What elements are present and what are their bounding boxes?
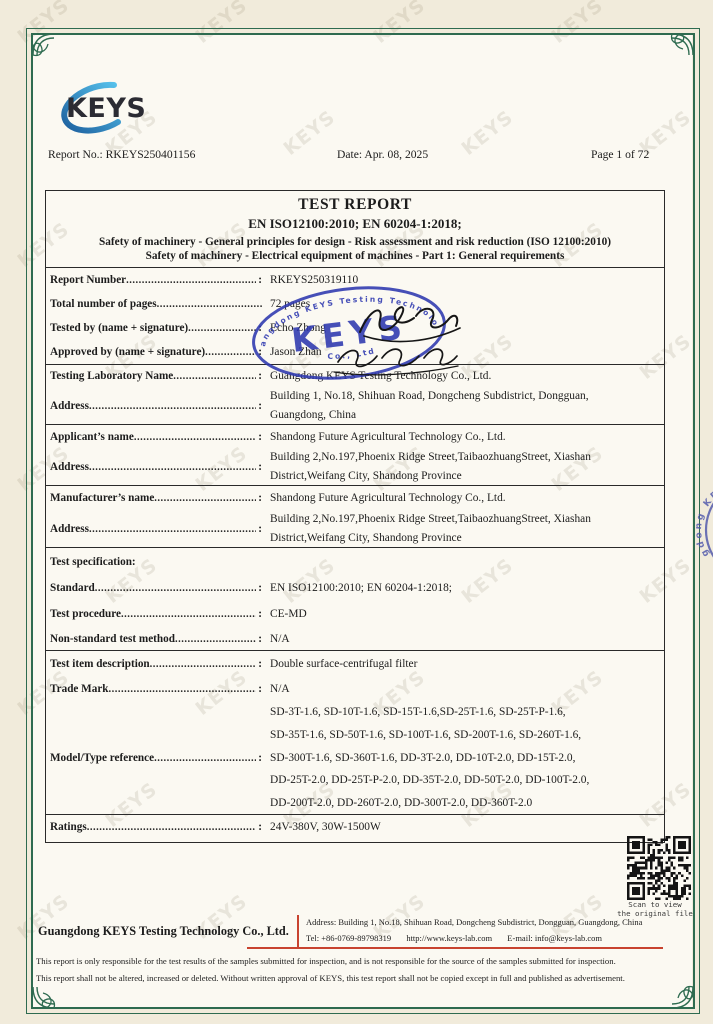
row-value-line: SD-35T-1.6, SD-50T-1.6, SD-100T-1.6, SD-… [270, 724, 660, 747]
row-label-cell: Test specification: [50, 556, 262, 568]
row-applicant-address: Address:Building 2,No.197,Phoenix Ridge … [50, 448, 660, 485]
row-test-procedure: Test procedure:CE-MD [50, 601, 660, 626]
row-label-cell: Manufacturer’s name: [50, 492, 262, 504]
leader-dots [154, 493, 256, 504]
footer-red-line [247, 947, 663, 949]
row-value-line: Building 2,No.197,Phoenix Ridge Street,T… [270, 448, 660, 467]
standards-line: EN ISO12100:2010; EN 60204-1:2018; [50, 216, 660, 232]
row-label: Report Number [50, 274, 126, 286]
footer-contacts: Tel: +86-0769-89798319 http://www.keys-l… [306, 931, 642, 947]
row-label: Total number of pages [50, 298, 157, 310]
leader-dots [109, 684, 257, 695]
row-label: Address [50, 461, 89, 473]
leader-dots [154, 753, 256, 764]
edge-stamp: gdong KE [648, 468, 713, 592]
row-label: Ratings [50, 821, 87, 833]
table-section: Applicant’s name:Shandong Future Agricul… [46, 424, 664, 485]
row-label-cell: Test item description: [50, 658, 262, 670]
row-label-cell: Testing Laboratory Name: [50, 370, 262, 382]
footer-address: Address: Building 1, No.18, Shihuan Road… [306, 915, 642, 931]
leader-dots [126, 275, 256, 286]
row-value: SD-3T-1.6, SD-10T-1.6, SD-15T-1.6,SD-25T… [262, 701, 660, 814]
leader-dots [89, 524, 256, 535]
keys-logo: KEYS [42, 76, 182, 136]
row-value-text: 24V-380V, 30W-1500W [270, 821, 381, 833]
row-label: Test procedure [50, 608, 121, 620]
row-label: Standard [50, 582, 95, 594]
row-manufacturer-address: Address:Building 2,No.197,Phoenix Ridge … [50, 510, 660, 547]
row-value-text: EN ISO12100:2010; EN 60204-1:2018; [270, 582, 452, 594]
footer-address-block: Address: Building 1, No.18, Shihuan Road… [306, 915, 642, 946]
document-content: KEYS Report No.: RKEYS250401156 Date: Ap… [0, 0, 713, 1024]
row-label-cell: Standard: [50, 582, 262, 594]
title-section: TEST REPORT EN ISO12100:2010; EN 60204-1… [46, 191, 664, 267]
row-non-standard-method: Non-standard test method:N/A [50, 626, 660, 650]
row-value-line: Building 1, No.18, Shihuan Road, Dongche… [270, 387, 660, 406]
row-label: Address [50, 523, 89, 535]
row-label-cell: Test procedure: [50, 608, 262, 620]
row-label: Approved by (name + signature) [50, 346, 205, 358]
test-report-page: KEYSKEYSKEYSKEYSKEYSKEYSKEYSKEYSKEYSKEYS… [0, 0, 713, 1024]
row-label-cell: Trade Mark: [50, 683, 262, 695]
row-label: Manufacturer’s name [50, 492, 154, 504]
footer-divider [297, 915, 299, 948]
row-value: CE-MD [262, 608, 660, 620]
scope-line-1: Safety of machinery - General principles… [50, 236, 660, 248]
row-value: Building 1, No.18, Shihuan Road, Dongche… [262, 387, 660, 424]
report-date: Date: Apr. 08, 2025 [337, 148, 428, 161]
row-value-line: DD-200T-2.0, DD-260T-2.0, DD-300T-2.0, D… [270, 792, 660, 814]
table-section: Test item description:Double surface-cen… [46, 650, 664, 814]
leader-dots [150, 659, 257, 670]
corner-ornament-icon [669, 984, 696, 1011]
row-label-cell: Ratings: [50, 821, 262, 833]
qr-caption: Scan to view the original file [598, 901, 712, 918]
row-value-text: Double surface-centrifugal filter [270, 658, 417, 670]
leader-dots [134, 432, 256, 443]
row-label: Non-standard test method [50, 633, 175, 645]
row-applicant-name: Applicant’s name:Shandong Future Agricul… [50, 425, 660, 448]
row-label-cell: Address: [50, 523, 262, 535]
row-label: Trade Mark [50, 683, 109, 695]
row-value-line: District,Weifang City, Shandong Province [270, 529, 660, 547]
disclaimer-line-2: This report shall not be altered, increa… [36, 970, 686, 987]
footer-email: E-mail: info@keys-lab.com [507, 931, 602, 947]
row-label: Applicant’s name [50, 431, 134, 443]
row-value: 24V-380V, 30W-1500W [262, 821, 660, 833]
qr-caption-line-2: the original file [598, 910, 712, 919]
row-value: Shandong Future Agricultural Technology … [262, 431, 660, 443]
leader-dots [89, 462, 256, 473]
report-title: TEST REPORT [50, 196, 660, 214]
footer-company-name: Guangdong KEYS Testing Technology Co., L… [38, 924, 289, 939]
row-manufacturer-name: Manufacturer’s name:Shandong Future Agri… [50, 486, 660, 510]
signatures [300, 292, 475, 380]
row-label-cell: Model/Type reference: [50, 752, 262, 764]
row-value-text: CE-MD [270, 608, 307, 620]
row-value-line: District,Weifang City, Shandong Province [270, 467, 660, 485]
row-test-item-description: Test item description:Double surface-cen… [50, 651, 660, 676]
row-label-cell: Report Number: [50, 274, 262, 286]
row-label-cell: Address: [50, 461, 262, 473]
row-value: N/A [262, 633, 660, 645]
row-value-text: Shandong Future Agricultural Technology … [270, 431, 506, 443]
row-value-line: SD-300T-1.6, SD-360T-1.6, DD-3T-2.0, DD-… [270, 747, 660, 770]
row-value-line: Guangdong, China [270, 406, 660, 424]
row-lab-address: Address:Building 1, No.18, Shihuan Road,… [50, 387, 660, 424]
logo-text: KEYS [66, 93, 146, 124]
row-ratings: Ratings:24V-380V, 30W-1500W [50, 815, 660, 838]
footer-url: http://www.keys-lab.com [406, 931, 492, 947]
table-section: Manufacturer’s name:Shandong Future Agri… [46, 485, 664, 547]
row-value: Building 2,No.197,Phoenix Ridge Street,T… [262, 448, 660, 485]
row-value: Building 2,No.197,Phoenix Ridge Street,T… [262, 510, 660, 547]
table-section: Ratings:24V-380V, 30W-1500W [46, 814, 664, 838]
row-model-type-reference: Model/Type reference:SD-3T-1.6, SD-10T-1… [50, 701, 660, 814]
leader-dots [87, 822, 257, 833]
row-value: N/A [262, 683, 660, 695]
corner-ornament-icon [30, 31, 57, 58]
leader-dots [175, 634, 256, 645]
row-label: Address [50, 400, 89, 412]
leader-dots [89, 401, 256, 412]
row-label: Test item description [50, 658, 150, 670]
row-value: Shandong Future Agricultural Technology … [262, 492, 660, 504]
table-section: Test specification:Standard:EN ISO12100:… [46, 547, 664, 650]
disclaimer-line-1: This report is only responsible for the … [36, 953, 686, 970]
footer-tel: Tel: +86-0769-89798319 [306, 931, 391, 947]
row-value-text: Shandong Future Agricultural Technology … [270, 492, 506, 504]
page-indicator: Page 1 of 72 [591, 148, 649, 161]
row-label-cell: Non-standard test method: [50, 633, 262, 645]
disclaimer: This report is only responsible for the … [36, 953, 686, 986]
row-test-specification: Test specification: [50, 548, 660, 575]
row-label-cell: Address: [50, 400, 262, 412]
row-value-text: N/A [270, 633, 290, 645]
row-value-line: Building 2,No.197,Phoenix Ridge Street,T… [270, 510, 660, 529]
scope-line-2: Safety of machinery - Electrical equipme… [50, 250, 660, 262]
row-label-cell: Tested by (name + signature): [50, 322, 262, 334]
leader-dots [95, 583, 256, 594]
row-label-cell: Total number of pages [50, 298, 262, 310]
corner-ornament-icon [30, 984, 57, 1011]
row-label: Testing Laboratory Name [50, 370, 173, 382]
row-value-line: SD-3T-1.6, SD-10T-1.6, SD-15T-1.6,SD-25T… [270, 701, 660, 724]
qr-code [627, 836, 691, 900]
report-number-header: Report No.: RKEYS250401156 [48, 148, 195, 161]
corner-ornament-icon [669, 31, 696, 58]
row-label: Tested by (name + signature) [50, 322, 188, 334]
row-value-line: DD-25T-2.0, DD-25T-P-2.0, DD-35T-2.0, DD… [270, 769, 660, 792]
leader-dots [173, 371, 256, 382]
row-value-text: N/A [270, 683, 290, 695]
leader-dots [121, 609, 256, 620]
row-standard: Standard:EN ISO12100:2010; EN 60204-1:20… [50, 575, 660, 601]
row-value: EN ISO12100:2010; EN 60204-1:2018; [262, 582, 660, 594]
row-label-cell: Applicant’s name: [50, 431, 262, 443]
row-label: Model/Type reference [50, 752, 154, 764]
row-trade-mark: Trade Mark:N/A [50, 676, 660, 701]
row-label-cell: Approved by (name + signature): [50, 346, 262, 358]
row-label: Test specification: [50, 556, 136, 568]
row-value: Double surface-centrifugal filter [262, 658, 660, 670]
